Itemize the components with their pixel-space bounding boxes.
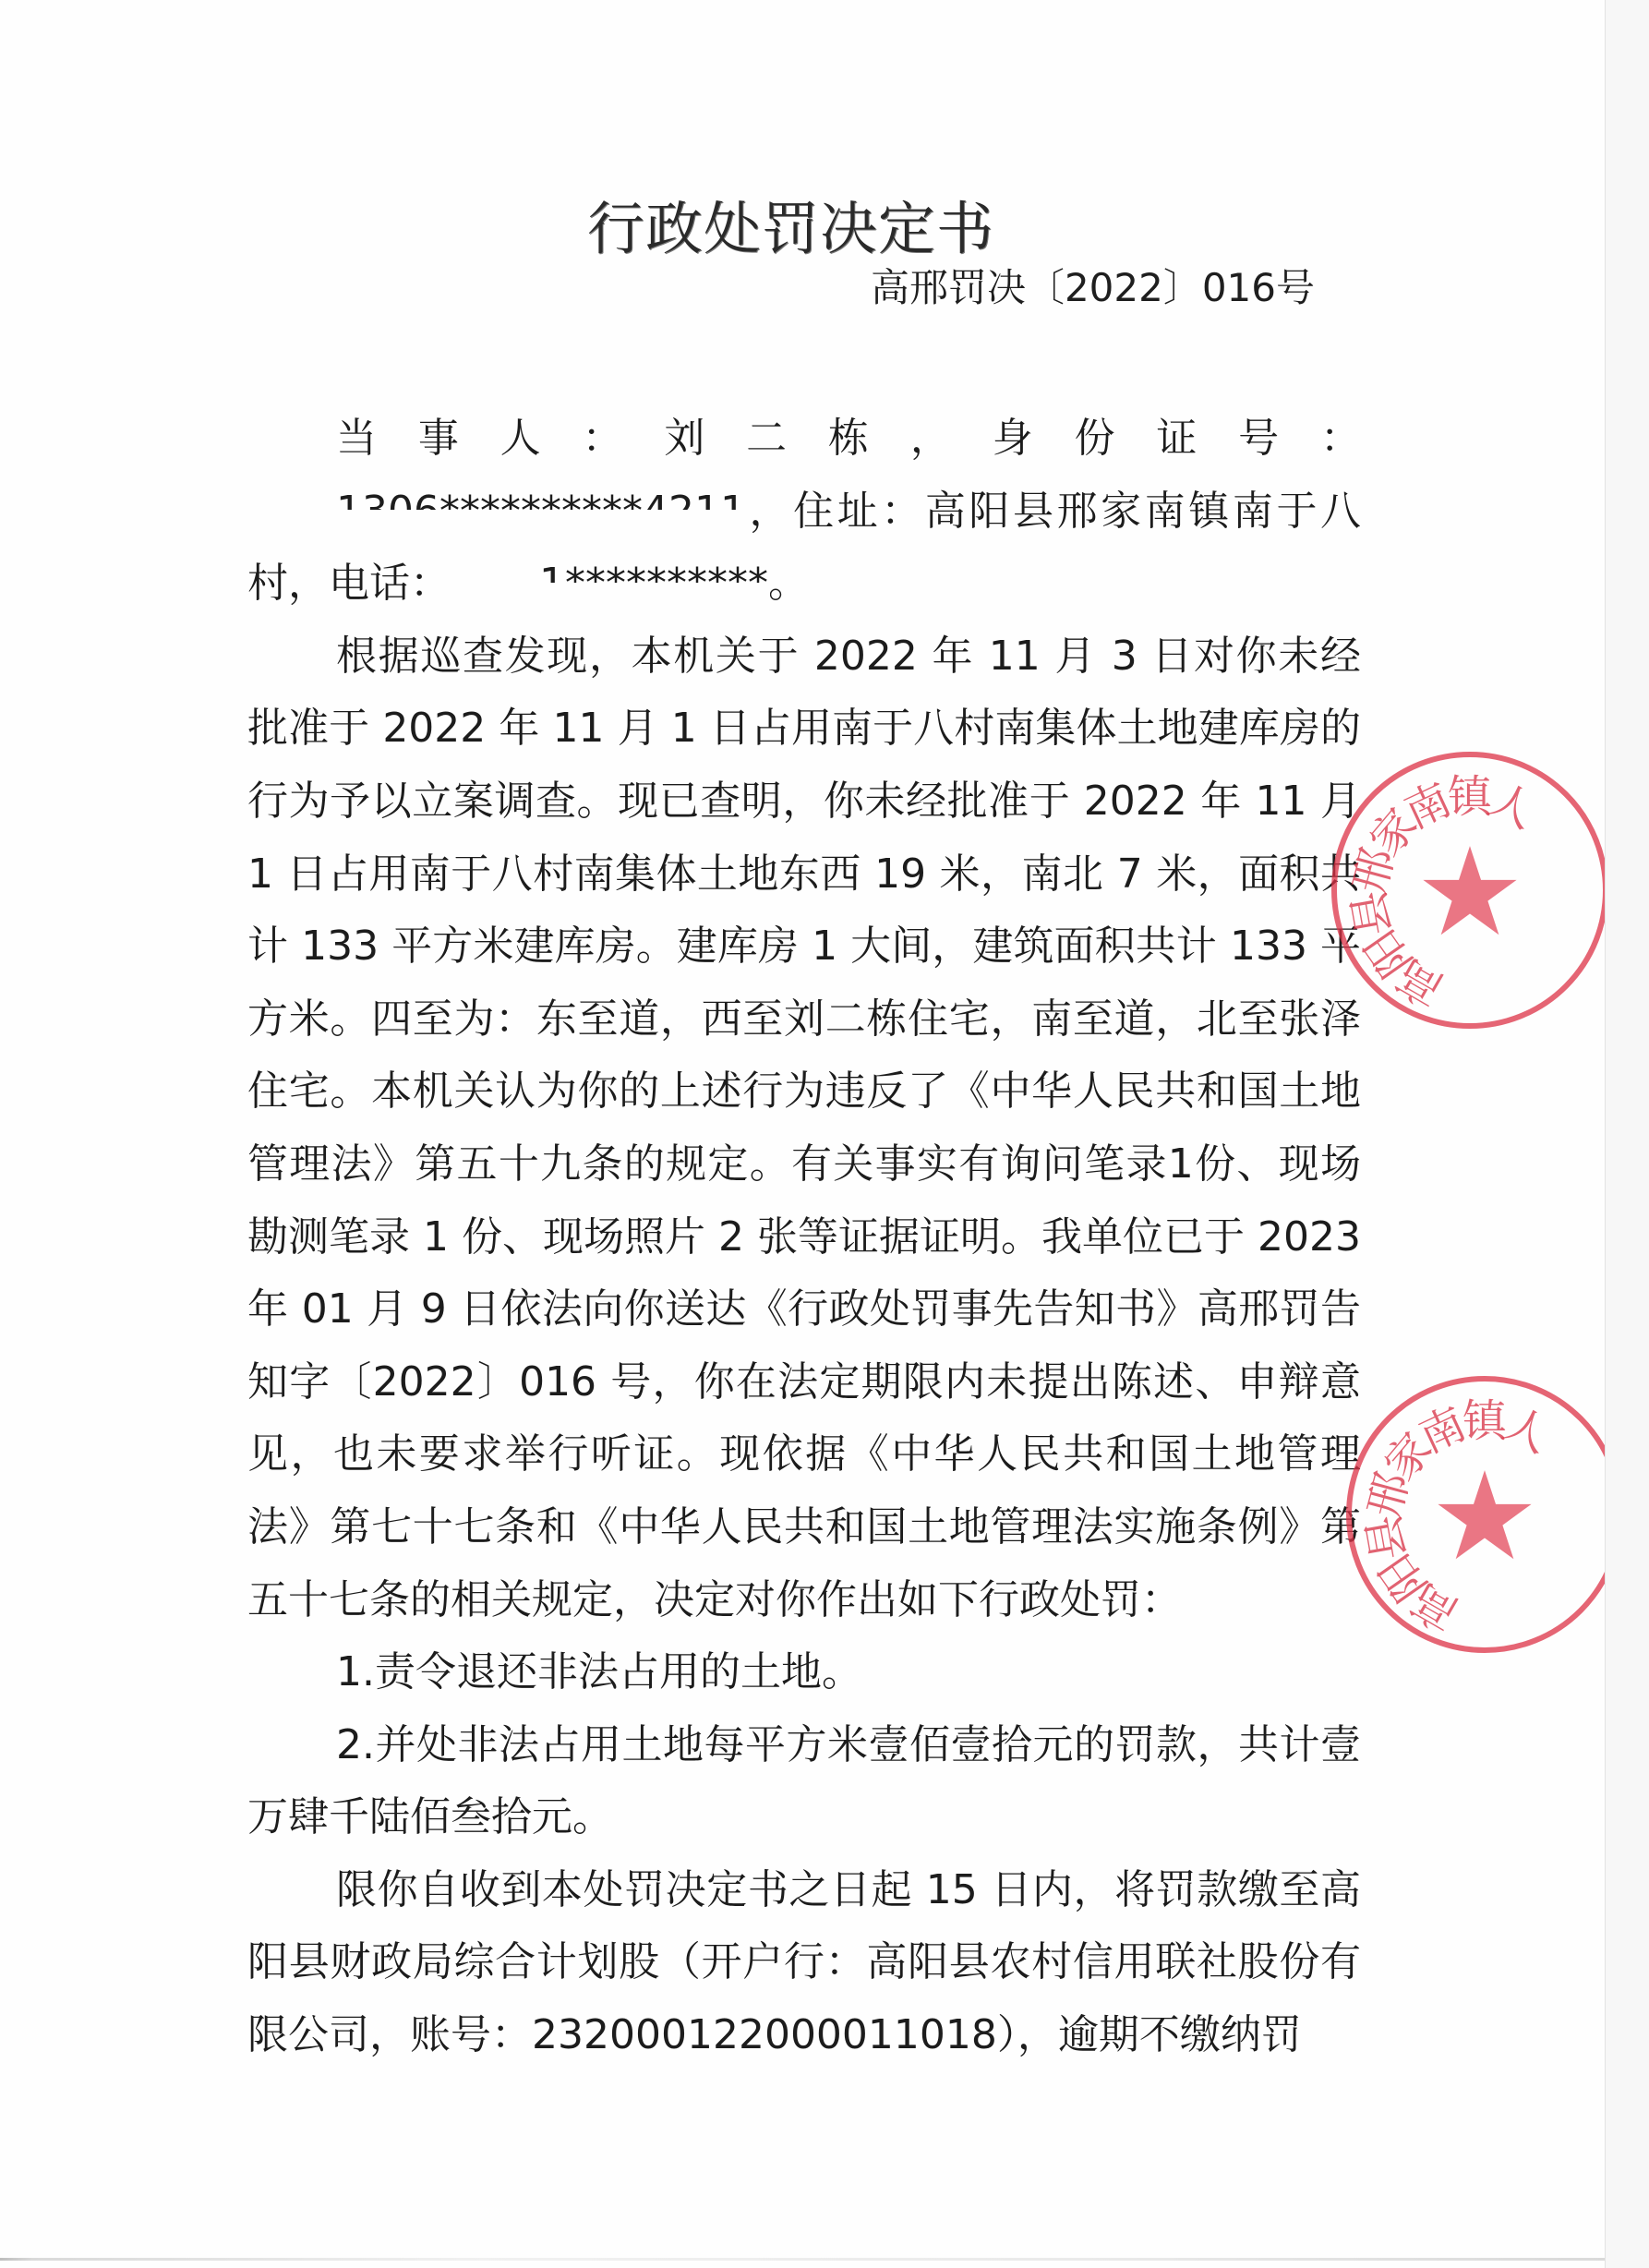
document-title: 行政处罚决定书 — [587, 196, 994, 262]
official-seal-2: ★ 高 阳 县 邢 家 南 镇 人 — [1330, 1367, 1605, 1671]
official-seal-1: ★ 高 阳 县 邢 家 南 镇 人 — [1320, 739, 1605, 1044]
address-label-start: ，住 — [746, 488, 837, 535]
address-label-end: 址： — [837, 488, 925, 535]
id-label: ，身份证号： — [910, 415, 1361, 462]
party-label: 当事人： — [336, 415, 664, 462]
scan-bottom-edge — [0, 2258, 1605, 2261]
document-page: 行政处罚决定书 高邢罚决〔2022〕016号 当事人：刘二栋，身份证号：1306… — [0, 0, 1605, 2268]
penalty-item-1: 1.责令退还非法占用的土地。 — [247, 1636, 1361, 1709]
phone-label: ，电话： — [288, 560, 451, 607]
scan-right-margin — [1605, 0, 1649, 2268]
id-number-redacted: 1306**********4211 — [247, 476, 746, 549]
period: 。 — [768, 560, 809, 607]
payment-paragraph: 限你自收到本处罚决定书之日起 15 日内，将罚款缴至高阳县财政局综合计划股（开户… — [247, 1854, 1361, 2072]
document-body: 当事人：刘二栋，身份证号：1306**********4211，住址：高阳县邢家… — [247, 403, 1361, 2072]
party-name: 刘二栋 — [664, 415, 910, 462]
penalty-item-2: 2.并处非法占用土地每平方米壹佰壹拾元的罚款，共计壹万肆千陆佰叁拾元。 — [247, 1709, 1361, 1854]
document-number: 高邢罚决〔2022〕016号 — [871, 263, 1315, 313]
seal-ring-text: 高 阳 县 邢 家 南 镇 人 — [1352, 1381, 1605, 1647]
party-info-paragraph: 当事人：刘二栋，身份证号：1306**********4211，住址：高阳县邢家… — [247, 403, 1361, 621]
facts-paragraph: 根据巡查发现，本机关于 2022 年 11 月 3 日对你未经批准于 2022 … — [247, 621, 1361, 1636]
phone-number-redacted: 1********** — [451, 548, 768, 621]
seal-ring-text: 高 阳 县 邢 家 南 镇 人 — [1337, 757, 1603, 1023]
